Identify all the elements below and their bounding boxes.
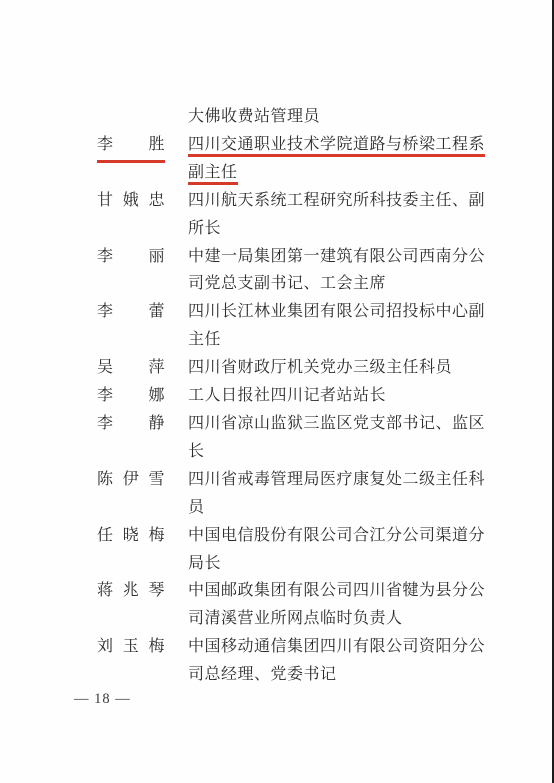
honoree-title-block: 四川省财政厅机关党办三级主任科员 [188, 354, 452, 382]
honoree-title-line: 主任 [188, 326, 485, 354]
honoree-title-text: 主任 [188, 331, 221, 348]
honoree-name: 任晓梅 [97, 522, 165, 550]
honoree-title-line: 大佛收费站管理员 [188, 103, 320, 131]
honoree-title-text: 副主任 [188, 164, 238, 185]
honoree-title-line: 四川省戒毒管理局医疗康复处二级主任科 [188, 466, 485, 494]
honoree-title-line: 所长 [188, 215, 485, 243]
honoree-title-text: 中建一局集团第一建筑有限公司西南分公 [188, 248, 485, 265]
continuation-entry: 大佛收费站管理员 [97, 103, 485, 131]
honoree-entry: 李蕾 四川长江林业集团有限公司招投标中心副主任 [97, 298, 485, 354]
honoree-title-text: 四川省财政厅机关党办三级主任科员 [188, 359, 452, 376]
honoree-list: 大佛收费站管理员 李胜 四川交通职业技术学院道路与桥梁工程系副主任 甘娥忠 四川… [97, 103, 485, 689]
honoree-title-line: 四川省凉山监狱三监区党支部书记、监区 [188, 410, 485, 438]
honoree-title-text: 长 [188, 443, 205, 460]
honoree-entry: 刘玉梅 中国移动通信集团四川有限公司资阳分公司总经理、党委书记 [97, 633, 485, 689]
honoree-title-line: 中建一局集团第一建筑有限公司西南分公 [188, 243, 485, 271]
honoree-name: 李丽 [97, 243, 165, 271]
honoree-title-line: 长 [188, 438, 485, 466]
honoree-title-line: 中国移动通信集团四川有限公司资阳分公 [188, 633, 485, 661]
honoree-title-text: 司清溪营业所网点临时负责人 [188, 610, 403, 627]
honoree-entry: 吴萍 四川省财政厅机关党办三级主任科员 [97, 354, 485, 382]
honoree-entry: 甘娥忠 四川航天系统工程研究所科技委主任、副所长 [97, 187, 485, 243]
honoree-title-block: 四川航天系统工程研究所科技委主任、副所长 [188, 187, 485, 243]
honoree-entry: 任晓梅 中国电信股份有限公司合江分公司渠道分局长 [97, 522, 485, 578]
honoree-title-line: 员 [188, 494, 485, 522]
honoree-title-line: 四川交通职业技术学院道路与桥梁工程系 [188, 131, 485, 159]
honoree-title-text: 四川省戒毒管理局医疗康复处二级主任科 [188, 471, 485, 488]
honoree-entry: 李娜 工人日报社四川记者站站长 [97, 382, 485, 410]
honoree-title-text: 大佛收费站管理员 [188, 108, 320, 125]
honoree-name: 甘娥忠 [97, 187, 165, 215]
honoree-name: 刘玉梅 [97, 633, 165, 661]
honoree-title-text: 司总经理、党委书记 [188, 666, 337, 683]
honoree-title-line: 司清溪营业所网点临时负责人 [188, 605, 485, 633]
honoree-title-block: 四川省凉山监狱三监区党支部书记、监区长 [188, 410, 485, 466]
honoree-title-line: 局长 [188, 550, 485, 578]
honoree-title-text: 员 [188, 499, 205, 516]
honoree-title-text: 工人日报社四川记者站站长 [188, 387, 386, 404]
honoree-name: 蒋兆琴 [97, 577, 165, 605]
honoree-title-line: 司党总支副书记、工会主席 [188, 270, 485, 298]
honoree-title-block: 大佛收费站管理员 [188, 103, 320, 131]
document-page: 大佛收费站管理员 李胜 四川交通职业技术学院道路与桥梁工程系副主任 甘娥忠 四川… [0, 0, 554, 783]
honoree-title-block: 四川长江林业集团有限公司招投标中心副主任 [188, 298, 485, 354]
honoree-title-text: 局长 [188, 555, 221, 572]
honoree-title-block: 中建一局集团第一建筑有限公司西南分公司党总支副书记、工会主席 [188, 243, 485, 299]
honoree-title-line: 四川长江林业集团有限公司招投标中心副 [188, 298, 485, 326]
honoree-title-line: 中国邮政集团有限公司四川省犍为县分公 [188, 577, 485, 605]
honoree-title-block: 中国电信股份有限公司合江分公司渠道分局长 [188, 522, 485, 578]
honoree-title-text: 四川交通职业技术学院道路与桥梁工程系 [188, 136, 485, 157]
honoree-entry: 李静 四川省凉山监狱三监区党支部书记、监区长 [97, 410, 485, 466]
honoree-name: 李胜 [97, 131, 165, 163]
honoree-name: 李静 [97, 410, 165, 438]
honoree-title-text: 中国电信股份有限公司合江分公司渠道分 [188, 527, 485, 544]
honoree-title-block: 中国移动通信集团四川有限公司资阳分公司总经理、党委书记 [188, 633, 485, 689]
honoree-entry: 陈伊雪 四川省戒毒管理局医疗康复处二级主任科员 [97, 466, 485, 522]
honoree-title-line: 司总经理、党委书记 [188, 661, 485, 689]
honoree-entry: 蒋兆琴 中国邮政集团有限公司四川省犍为县分公司清溪营业所网点临时负责人 [97, 577, 485, 633]
honoree-title-line: 中国电信股份有限公司合江分公司渠道分 [188, 522, 485, 550]
honoree-title-block: 中国邮政集团有限公司四川省犍为县分公司清溪营业所网点临时负责人 [188, 577, 485, 633]
honoree-title-text: 中国邮政集团有限公司四川省犍为县分公 [188, 582, 485, 599]
honoree-entries: 李胜 四川交通职业技术学院道路与桥梁工程系副主任 甘娥忠 四川航天系统工程研究所… [97, 131, 485, 689]
honoree-name: 陈伊雪 [97, 466, 165, 494]
honoree-title-block: 四川交通职业技术学院道路与桥梁工程系副主任 [188, 131, 485, 187]
honoree-title-text: 所长 [188, 220, 221, 237]
honoree-title-block: 工人日报社四川记者站站长 [188, 382, 386, 410]
honoree-title-line: 副主任 [188, 159, 485, 187]
honoree-entry: 李丽 中建一局集团第一建筑有限公司西南分公司党总支副书记、工会主席 [97, 243, 485, 299]
honoree-title-line: 工人日报社四川记者站站长 [188, 382, 386, 410]
honoree-name: 李娜 [97, 382, 165, 410]
honoree-title-text: 四川省凉山监狱三监区党支部书记、监区 [188, 415, 485, 432]
honoree-title-text: 司党总支副书记、工会主席 [188, 275, 386, 292]
page-number: — 18 — [74, 691, 131, 708]
honoree-name: 吴萍 [97, 354, 165, 382]
honoree-title-text: 四川航天系统工程研究所科技委主任、副 [188, 192, 485, 209]
honoree-title-line: 四川航天系统工程研究所科技委主任、副 [188, 187, 485, 215]
honoree-entry: 李胜 四川交通职业技术学院道路与桥梁工程系副主任 [97, 131, 485, 187]
honoree-title-block: 四川省戒毒管理局医疗康复处二级主任科员 [188, 466, 485, 522]
honoree-name: 李蕾 [97, 298, 165, 326]
honoree-title-text: 中国移动通信集团四川有限公司资阳分公 [188, 638, 485, 655]
honoree-title-text: 四川长江林业集团有限公司招投标中心副 [188, 303, 485, 320]
honoree-title-line: 四川省财政厅机关党办三级主任科员 [188, 354, 452, 382]
